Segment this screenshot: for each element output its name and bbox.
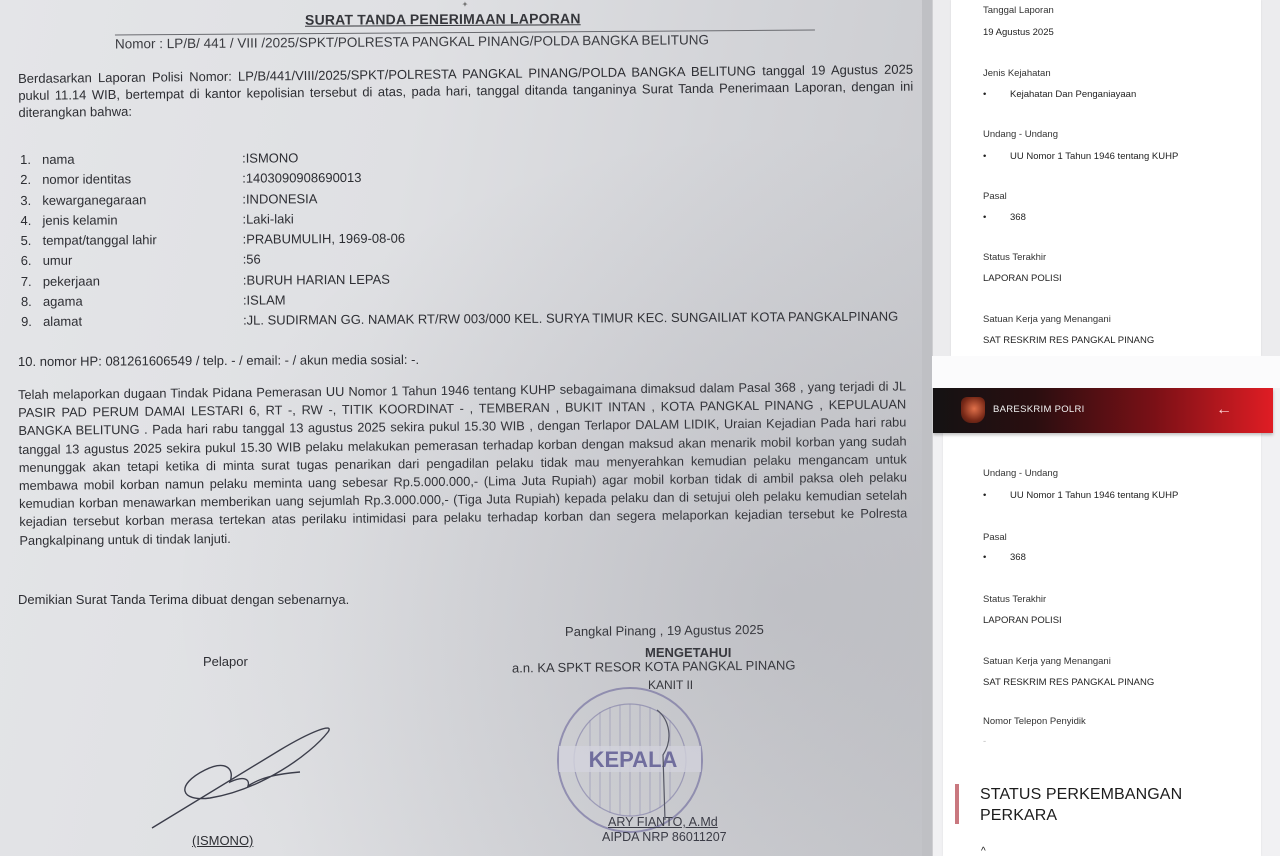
- reporter-name: (ISMONO): [192, 833, 253, 848]
- case-progress-heading: STATUS PERKEMBANGAN PERKARA: [980, 784, 1230, 826]
- officer-name: ARY FIANTO, A.Md: [608, 815, 718, 829]
- reporter-identity-list: 1.nama:ISMONO 2.nomor identitas:14030909…: [20, 145, 901, 347]
- intro-paragraph: Berdasarkan Laporan Polisi Nomor: LP/B/4…: [18, 61, 913, 121]
- reporter-label: Pelapor: [203, 654, 248, 669]
- bareskrim-logo-icon: [961, 397, 985, 423]
- case-detail-screen-top: Tanggal Laporan 19 Agustus 2025 Jenis Ke…: [932, 0, 1280, 356]
- article-label: Pasal: [983, 532, 1007, 543]
- divider: [932, 356, 1280, 388]
- last-status-value: LAPORAN POLISI: [983, 273, 1062, 284]
- case-info-card: Tanggal Laporan 19 Agustus 2025 Jenis Ke…: [951, 0, 1261, 356]
- report-number: Nomor : LP/B/ 441 / VIII /2025/SPKT/POLR…: [115, 30, 815, 52]
- app-header: BARESKRIM POLRI ←: [933, 388, 1273, 433]
- contact-line: 10. nomor HP: 081261606549 / telp. - / e…: [18, 352, 419, 369]
- back-button[interactable]: ←: [1213, 399, 1235, 421]
- handling-unit-value: SAT RESKRIM RES PANGKAL PINANG: [983, 335, 1154, 346]
- article-label: Pasal: [983, 191, 1007, 202]
- document-title: SURAT TANDA PENERIMAAN LAPORAN: [305, 10, 581, 27]
- investigator-phone-value: -: [983, 736, 986, 747]
- law-label: Undang - Undang: [983, 468, 1058, 479]
- on-behalf-of: a.n. KA SPKT RESOR KOTA PANGKAL PINANG: [512, 658, 796, 676]
- report-date-value: 19 Agustus 2025: [983, 27, 1054, 38]
- officer-rank-id: AIPDA NRP 86011207: [602, 830, 727, 844]
- divider: [922, 0, 932, 856]
- article-value: 368: [1010, 212, 1026, 223]
- last-status-label: Status Terakhir: [983, 594, 1046, 605]
- app-title: BARESKRIM POLRI: [993, 404, 1085, 415]
- handling-unit-label: Satuan Kerja yang Menangani: [983, 656, 1111, 667]
- closing-statement: Demikian Surat Tanda Terima dibuat denga…: [18, 592, 349, 607]
- last-status-label: Status Terakhir: [983, 252, 1046, 263]
- handling-unit-label: Satuan Kerja yang Menangani: [983, 314, 1111, 325]
- scanned-report-letter: ✦ SURAT TANDA PENERIMAAN LAPORAN Nomor :…: [0, 0, 922, 856]
- incident-description: Telah melaporkan dugaan Tindak Pidana Pe…: [18, 377, 908, 549]
- svg-text:KEPALA: KEPALA: [589, 747, 678, 772]
- section-accent-bar: [955, 784, 959, 824]
- crime-type-value: Kejahatan Dan Penganiayaan: [1010, 89, 1136, 100]
- arrow-left-icon: ←: [1216, 401, 1232, 418]
- garuda-emblem-icon: ✦: [445, 0, 485, 8]
- law-value: UU Nomor 1 Tahun 1946 tentang KUHP: [1010, 490, 1178, 501]
- crime-type-label: Jenis Kejahatan: [983, 68, 1051, 79]
- report-date-label: Tanggal Laporan: [983, 5, 1054, 16]
- handling-unit-value: SAT RESKRIM RES PANGKAL PINANG: [983, 677, 1154, 688]
- law-value: UU Nomor 1 Tahun 1946 tentang KUHP: [1010, 151, 1178, 162]
- article-value: 368: [1010, 552, 1026, 563]
- last-status-value: LAPORAN POLISI: [983, 615, 1062, 626]
- investigator-phone-label: Nomor Telepon Penyidik: [983, 716, 1086, 727]
- reporter-signature-icon: [150, 720, 350, 830]
- caret-up-icon[interactable]: ^: [981, 846, 986, 856]
- identity-row: 9.alamat:JL. SUDIRMAN GG. NAMAK RT/RW 00…: [21, 307, 901, 346]
- place-and-date: Pangkal Pinang , 19 Agustus 2025: [565, 622, 764, 639]
- case-detail-screen-bottom: BARESKRIM POLRI ← Kejahatan Dan Pengania…: [932, 388, 1280, 856]
- law-label: Undang - Undang: [983, 129, 1058, 140]
